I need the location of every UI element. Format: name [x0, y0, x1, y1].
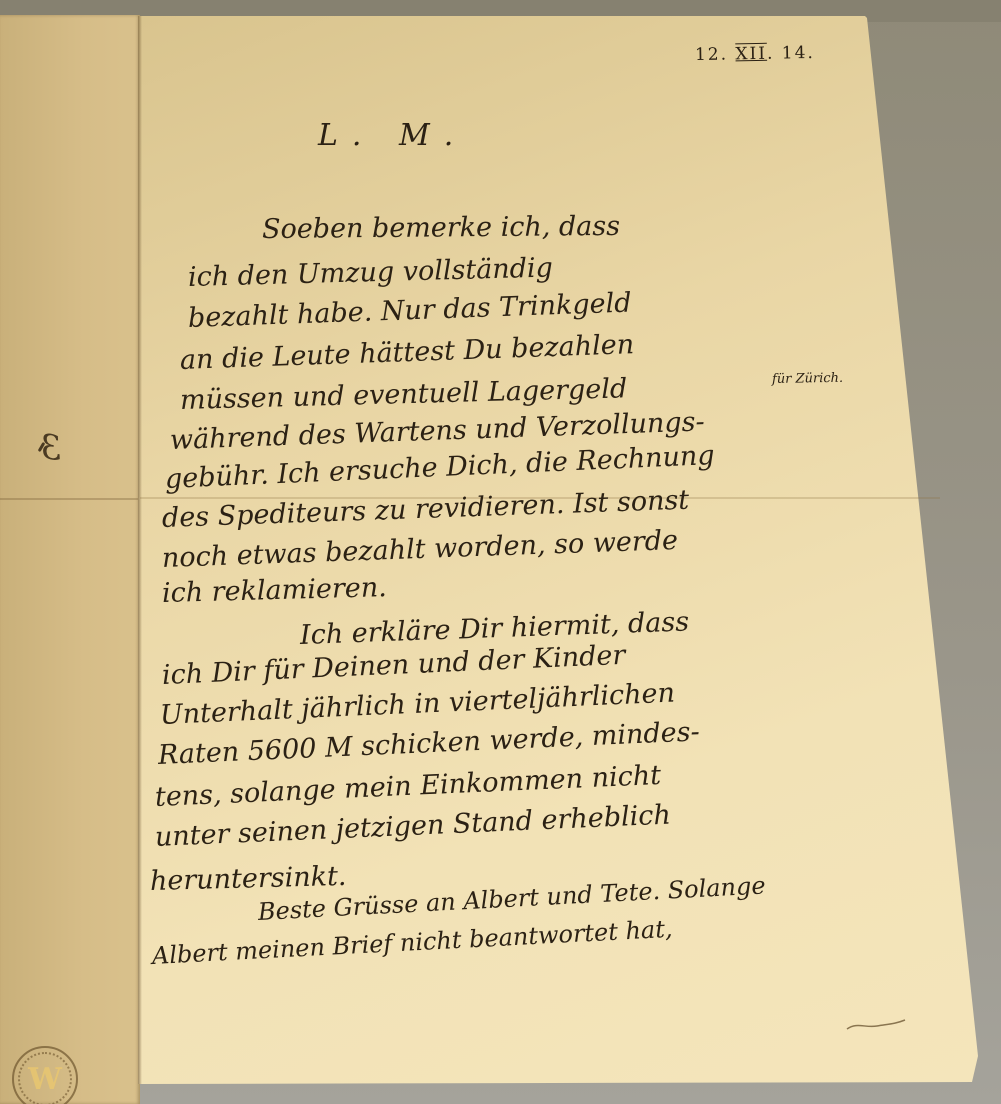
letter-line: Albert meinen Brief nicht beantwortet ha…: [151, 915, 673, 970]
pencil-scribble-mark: [845, 1018, 915, 1032]
letter-line: müssen und eventuell Lagergeld: [180, 373, 628, 416]
date-year: . 14.: [767, 43, 815, 64]
date-day: 12.: [695, 44, 728, 65]
letter-line: Soeben bemerke ich, dass: [262, 211, 620, 245]
date-month-roman: XII: [735, 44, 767, 65]
letter-line: heruntersinkt.: [150, 861, 347, 897]
letter-line: an die Leute hättest Du bezahlen: [179, 329, 634, 376]
letter-line: Ich erkläre Dir hiermit, dass: [299, 606, 689, 651]
letter-line: ich reklamieren.: [162, 572, 388, 609]
letter-line: ich den Umzug vollständig: [188, 252, 554, 293]
salutation: L. M.: [318, 118, 467, 153]
letter-date: 12. XII. 14.: [695, 43, 815, 65]
letter-line: noch etwas bezahlt worden, so werde: [161, 525, 678, 574]
letter-line: bezahlt habe. Nur das Trinkgeld: [187, 288, 632, 334]
margin-annotation: für Zürich.: [772, 371, 843, 387]
handwritten-letter: 12. XII. 14. L. M. Soeben bemerke ich, d…: [0, 0, 1001, 1104]
